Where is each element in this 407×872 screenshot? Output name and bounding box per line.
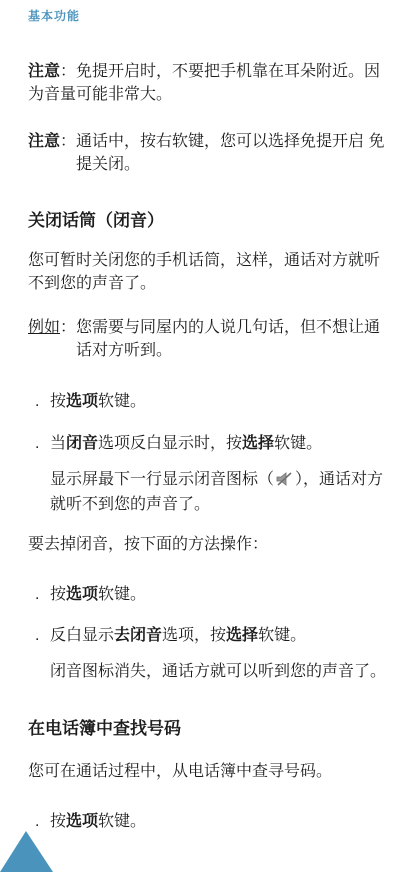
search-step-options: . 按选项软键。 xyxy=(35,810,395,833)
step-text: 软键。 xyxy=(274,435,322,452)
result-text: 显示屏最下一行显示闭音图标（ xyxy=(50,471,274,488)
step-text: 选项反白显示时，按 xyxy=(98,435,242,452)
step-text: 软键。 xyxy=(98,586,146,603)
menu-option-name: 闭音 xyxy=(66,435,98,452)
step-text: 按 xyxy=(50,813,66,830)
step-marker: . xyxy=(35,390,50,413)
mute-intro-paragraph: 您可暂时关闭您的手机话筒，这样，通话对方就听不到您的声音了。 xyxy=(28,249,395,295)
unmute-step-select: . 反白显示去闭音选项，按选择软键。 xyxy=(35,624,395,647)
note-body: 免提开启时，不要把手机靠在耳朵附近。因为音量可能非常大。 xyxy=(28,63,380,103)
note-body: 通话中，按右软键，您可以选择免提开启 免提关闭。 xyxy=(76,130,395,176)
step-marker: . xyxy=(35,624,50,647)
note-speaker-volume: 注意：免提开启时，不要把手机靠在耳朵附近。因为音量可能非常大。 xyxy=(28,60,395,106)
example-colon: ： xyxy=(60,319,76,336)
step-marker: . xyxy=(35,583,50,606)
step-text: 软键。 xyxy=(98,813,146,830)
step-text: 按 xyxy=(50,586,66,603)
softkey-name: 选择 xyxy=(226,627,258,644)
example-paragraph: 例如： 您需要与同屋内的人说几句话，但不想让通话对方听到。 xyxy=(28,316,395,362)
heading-mute-microphone: 关闭话筒（闭音） xyxy=(28,209,395,232)
note-label: 注意 xyxy=(28,133,60,150)
unmute-result-paragraph: 闭音图标消失，通话方就可以听到您的声音了。 xyxy=(50,660,395,683)
softkey-name: 选择 xyxy=(242,435,274,452)
heading-search-phonebook: 在电话簿中查找号码 xyxy=(28,717,395,740)
note-colon: ： xyxy=(60,63,76,80)
step-text: 当 xyxy=(50,435,66,452)
mute-result-paragraph: 显示屏最下一行显示闭音图标（），通话对方就听不到您的声音了。 xyxy=(50,468,395,516)
example-label: 例如 xyxy=(28,319,60,336)
step-text: 反白显示 xyxy=(50,627,114,644)
note-label: 注意 xyxy=(28,63,60,80)
step-text: 选项，按 xyxy=(162,627,226,644)
softkey-name: 选项 xyxy=(66,586,98,603)
search-intro-paragraph: 您可在通话过程中，从电话簿中查寻号码。 xyxy=(28,760,395,783)
section-running-header: 基本功能 xyxy=(28,5,80,28)
step-text: 软键。 xyxy=(258,627,306,644)
step-marker: . xyxy=(35,810,50,833)
unmute-intro-paragraph: 要去掉闭音，按下面的方法操作： xyxy=(28,533,395,556)
softkey-name: 选项 xyxy=(66,393,98,410)
note-right-softkey: 注意： 通话中，按右软键，您可以选择免提开启 免提关闭。 xyxy=(28,130,395,176)
note-colon: ： xyxy=(60,133,76,150)
mute-icon xyxy=(276,470,293,493)
unmute-step-options: . 按选项软键。 xyxy=(35,583,395,606)
corner-triangle-decoration xyxy=(0,831,53,872)
mute-step-options: . 按选项软键。 xyxy=(35,390,395,413)
step-text: 按 xyxy=(50,393,66,410)
example-body: 您需要与同屋内的人说几句话，但不想让通话对方听到。 xyxy=(76,316,395,362)
step-text: 软键。 xyxy=(98,393,146,410)
step-marker: . xyxy=(35,432,50,455)
menu-option-name: 去闭音 xyxy=(114,627,162,644)
mute-step-select: . 当闭音选项反白显示时，按选择软键。 xyxy=(35,432,395,455)
manual-page: { "page": { "header_title": "基本功能", "ste… xyxy=(0,0,407,872)
softkey-name: 选项 xyxy=(66,813,98,830)
